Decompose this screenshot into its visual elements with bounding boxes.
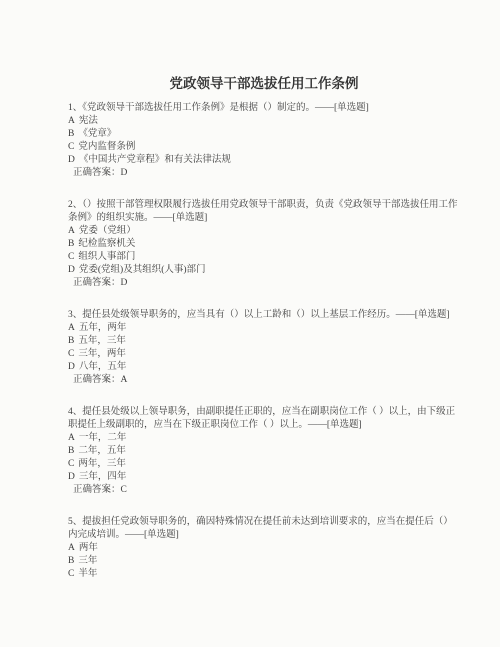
option-label: C <box>68 568 74 581</box>
option-text: 党委(党组)及其组织(人事)部门 <box>79 265 206 275</box>
option-text: 两年 <box>79 543 98 553</box>
option-text: 纪检监察机关 <box>78 239 135 249</box>
option-label: A <box>68 225 75 238</box>
option-label: A <box>68 322 75 335</box>
option-text: 党内监督条例 <box>78 142 135 152</box>
option-label: A <box>68 115 75 128</box>
option-item: A两年 <box>68 542 460 555</box>
question-number: 2、 <box>68 200 82 210</box>
option-label: B <box>68 555 74 568</box>
answer-line: 正确答案：A <box>68 374 460 387</box>
option-item: C两年，三年 <box>68 458 460 471</box>
option-item: D党委(党组)及其组织(人事)部门 <box>68 264 460 277</box>
option-item: D八年，五年 <box>68 361 460 374</box>
option-item: A宪法 <box>68 115 460 128</box>
option-label: D <box>68 361 75 374</box>
option-text: 宪法 <box>79 116 98 126</box>
option-item: A一年，二年 <box>68 432 460 445</box>
option-label: D <box>68 471 75 484</box>
option-text: 党委（党组） <box>79 226 136 236</box>
option-label: A <box>68 432 75 445</box>
option-label: D <box>68 264 75 277</box>
question-block: 4、提任县处级以上领导职务，由副职提任正职的，应当在副职岗位工作（ ）以上，由下… <box>68 406 460 497</box>
option-text: 一年，二年 <box>79 433 127 443</box>
answer-value: D <box>121 278 128 288</box>
option-item: B三年 <box>68 555 460 568</box>
option-item: B五年，三年 <box>68 335 460 348</box>
answer-label: 正确答案： <box>73 375 121 385</box>
option-item: D三年，四年 <box>68 471 460 484</box>
question-number: 5、 <box>68 517 82 527</box>
question-text: 5、提拔担任党政领导职务的，确因特殊情况在提任前未达到培训要求的，应当在提任后（… <box>68 516 460 542</box>
question-text-content: （）按照干部管理权限履行选拔任用党政领导干部职责，负责《党政领导干部选拔任用工作… <box>68 200 458 223</box>
question-text-content: 《党政领导干部选拔任用工作条例》是根据（）制定的。——[单选题] <box>82 103 369 113</box>
option-label: A <box>68 542 75 555</box>
option-item: A五年，两年 <box>68 322 460 335</box>
answer-line: 正确答案：D <box>68 277 460 290</box>
option-item: D《中国共产党章程》和有关法律法规 <box>68 154 460 167</box>
option-item: B《党章》 <box>68 128 460 141</box>
option-label: B <box>68 238 74 251</box>
question-text: 4、提任县处级以上领导职务，由副职提任正职的，应当在副职岗位工作（ ）以上，由下… <box>68 406 460 432</box>
option-text: 三年，两年 <box>78 349 126 359</box>
answer-label: 正确答案： <box>73 168 121 178</box>
answer-value: C <box>121 485 127 495</box>
question-text-content: 提任县处级领导职务的，应当具有（）以上工龄和（）以上基层工作经历。——[单选题] <box>82 310 449 320</box>
option-text: 二年，五年 <box>78 446 126 456</box>
option-label: B <box>68 445 74 458</box>
answer-line: 正确答案：C <box>68 484 460 497</box>
option-text: 五年，三年 <box>78 336 126 346</box>
question-block: 5、提拔担任党政领导职务的，确因特殊情况在提任前未达到培训要求的，应当在提任后（… <box>68 516 460 581</box>
option-text: 三年，四年 <box>79 472 127 482</box>
answer-label: 正确答案： <box>73 485 121 495</box>
question-text-content: 提拔担任党政领导职务的，确因特殊情况在提任前未达到培训要求的，应当在提任后（）内… <box>68 517 453 540</box>
option-item: B纪检监察机关 <box>68 238 460 251</box>
page-title: 党政领导干部选拔任用工作条例 <box>68 77 460 91</box>
question-text-content: 提任县处级以上领导职务，由副职提任正职的，应当在副职岗位工作（ ）以上，由下级正… <box>68 407 455 430</box>
option-text: 八年，五年 <box>79 362 127 372</box>
option-text: 《党章》 <box>78 129 116 139</box>
option-label: C <box>68 458 74 471</box>
question-number: 1、 <box>68 103 82 113</box>
answer-label: 正确答案： <box>73 278 121 288</box>
question-text: 3、提任县处级领导职务的，应当具有（）以上工龄和（）以上基层工作经历。——[单选… <box>68 309 460 322</box>
option-text: 三年 <box>78 556 97 566</box>
question-text: 1、《党政领导干部选拔任用工作条例》是根据（）制定的。——[单选题] <box>68 102 460 115</box>
questions-container: 1、《党政领导干部选拔任用工作条例》是根据（）制定的。——[单选题]A宪法B《党… <box>68 102 460 581</box>
option-label: C <box>68 141 74 154</box>
question-number: 3、 <box>68 310 82 320</box>
option-text: 《中国共产党章程》和有关法律法规 <box>79 155 231 165</box>
question-block: 2、（）按照干部管理权限履行选拔任用党政领导干部职责，负责《党政领导干部选拔任用… <box>68 199 460 290</box>
option-text: 五年，两年 <box>79 323 127 333</box>
option-item: C半年 <box>68 568 460 581</box>
question-number: 4、 <box>68 407 82 417</box>
option-item: A党委（党组） <box>68 225 460 238</box>
option-label: C <box>68 251 74 264</box>
question-block: 3、提任县处级领导职务的，应当具有（）以上工龄和（）以上基层工作经历。——[单选… <box>68 309 460 387</box>
option-text: 组织人事部门 <box>78 252 135 262</box>
option-item: C三年，两年 <box>68 348 460 361</box>
option-text: 半年 <box>78 569 97 579</box>
answer-value: A <box>121 375 128 385</box>
option-item: C党内监督条例 <box>68 141 460 154</box>
option-label: D <box>68 154 75 167</box>
option-label: C <box>68 348 74 361</box>
option-text: 两年，三年 <box>78 459 126 469</box>
option-item: C组织人事部门 <box>68 251 460 264</box>
answer-line: 正确答案：D <box>68 167 460 180</box>
document-page: 党政领导干部选拔任用工作条例 1、《党政领导干部选拔任用工作条例》是根据（）制定… <box>68 0 460 581</box>
answer-value: D <box>121 168 128 178</box>
option-label: B <box>68 128 74 141</box>
option-item: B二年，五年 <box>68 445 460 458</box>
question-text: 2、（）按照干部管理权限履行选拔任用党政领导干部职责，负责《党政领导干部选拔任用… <box>68 199 460 225</box>
option-label: B <box>68 335 74 348</box>
question-block: 1、《党政领导干部选拔任用工作条例》是根据（）制定的。——[单选题]A宪法B《党… <box>68 102 460 180</box>
